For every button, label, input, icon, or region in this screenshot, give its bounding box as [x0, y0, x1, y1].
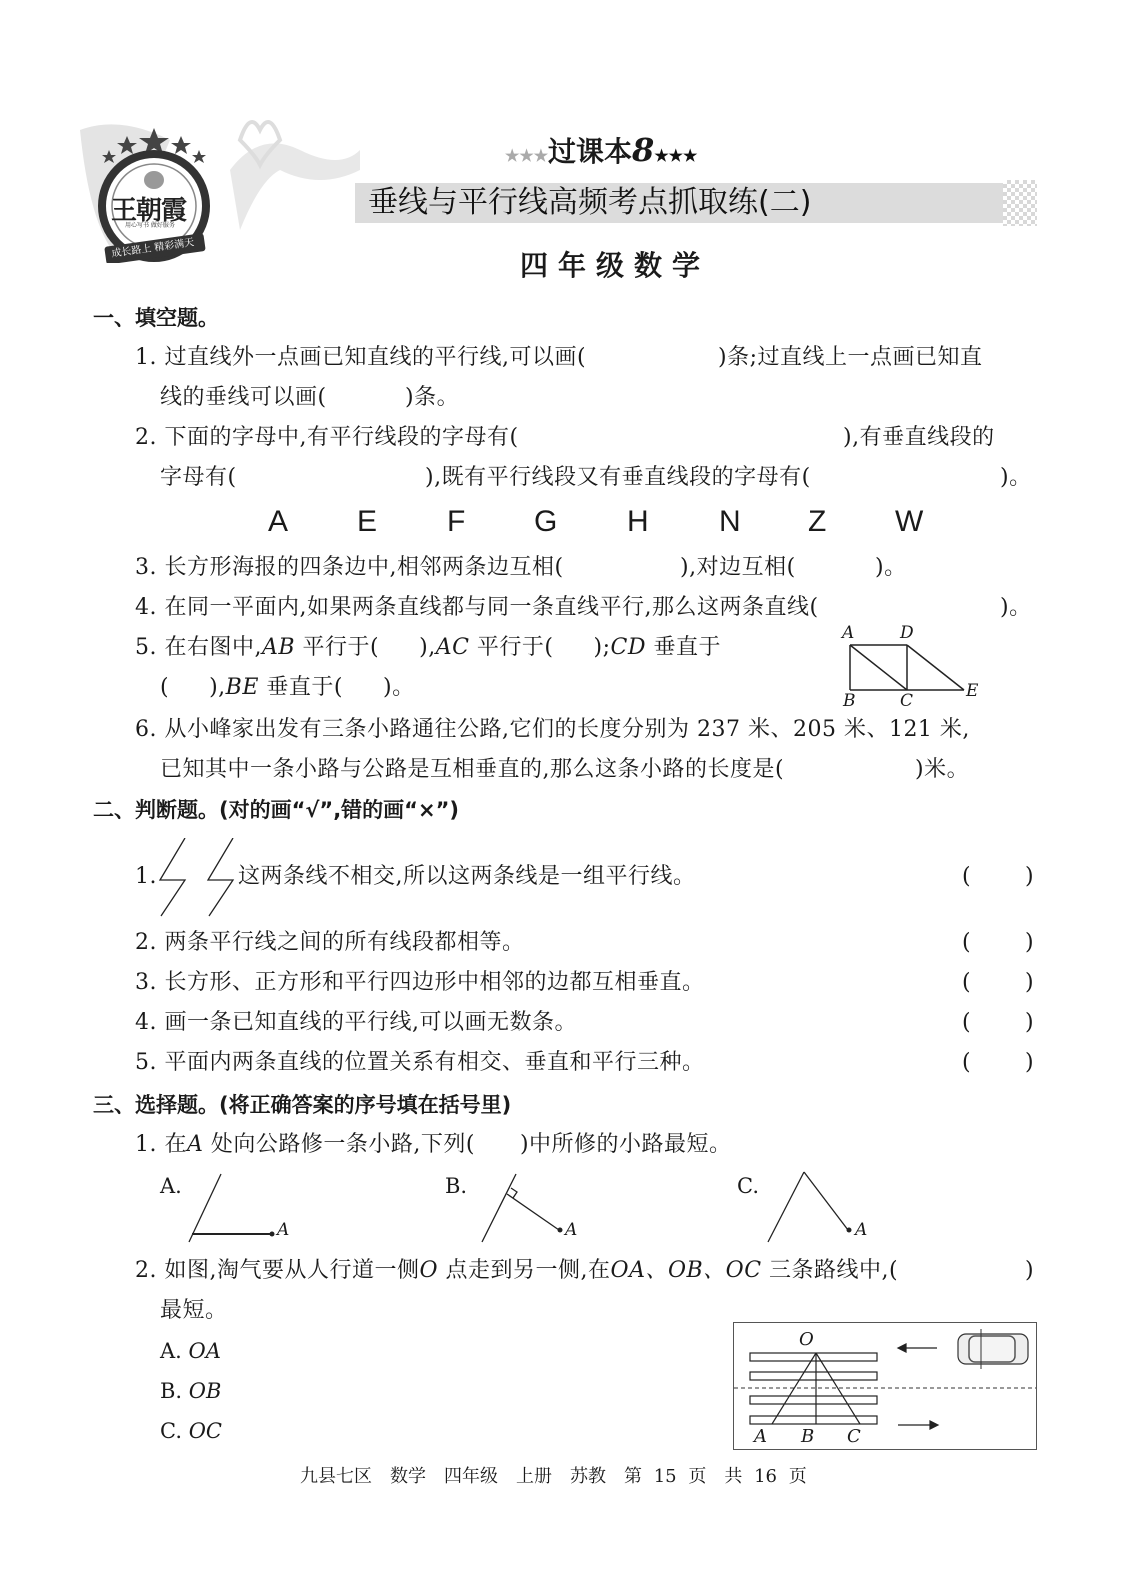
q2-line1b: ),有垂直线段的: [843, 423, 995, 453]
letter: G: [534, 505, 557, 539]
section2-heading: 二、判断题。(对的画“√”,错的画“×”): [93, 795, 459, 825]
section1-heading: 一、填空题。: [93, 303, 219, 333]
label-d: D: [900, 623, 914, 643]
brand-logo: 王朝霞 用心写书 做好服务 成长路上 精彩满天: [97, 128, 212, 263]
page-footer: 九县七区 数学 四年级 上册 苏教 第 15 页 共 16 页: [300, 1465, 807, 1489]
point-a-label: A: [855, 1220, 867, 1240]
q2-line2c: )。: [1000, 463, 1032, 493]
q4-part-b: )。: [1000, 593, 1032, 623]
q6-line2a: 已知其中一条小路与公路是互相垂直的,那么这条小路的长度是(: [160, 755, 784, 785]
tf-answer-open: (: [962, 1008, 971, 1038]
stars-left-icon: ★★★: [505, 146, 548, 165]
tf-item-1-num: 1.: [135, 862, 157, 892]
letter: N: [719, 505, 741, 539]
zigzag-lines-figure: [155, 838, 240, 918]
stars-right-icon: ★★★: [654, 146, 697, 165]
q5-line1: 5. 在右图中,AB 平行于(),AC 平行于();CD 垂直于: [135, 633, 721, 663]
q2-line1a: 2. 下面的字母中,有平行线段的字母有(: [135, 423, 519, 453]
q2-line2b: ),既有平行线段又有垂直线段的字母有(: [425, 463, 811, 493]
label-o: O: [799, 1329, 814, 1350]
q4-part-a: 4. 在同一平面内,如果两条直线都与同一条直线平行,那么这两条直线(: [135, 593, 819, 623]
point-a-label: A: [565, 1220, 577, 1240]
q1-line1b: )条;过直线上一点画已知直: [718, 343, 983, 373]
tf-answer-close: ): [1025, 1048, 1034, 1078]
q3-part-c: )。: [875, 553, 907, 583]
mc-q2-option-c: C. OC: [160, 1417, 222, 1445]
q5-figure: A D B C E: [838, 625, 988, 715]
page-subtitle: 四年级数学: [520, 248, 710, 284]
logo-motto: 用心写书 做好服务: [125, 220, 175, 229]
mc-q2-close-paren: ): [1025, 1256, 1034, 1286]
mc-q1-option-b-label: B.: [445, 1172, 467, 1200]
letter: A: [268, 505, 288, 539]
tf-item-1-text: 这两条线不相交,所以这两条线是一组平行线。: [238, 862, 696, 892]
tf-answer-close: ): [1025, 928, 1034, 958]
label-e: E: [966, 681, 978, 701]
tf-item-3: 3. 长方形、正方形和平行四边形中相邻的边都互相垂直。: [135, 968, 705, 998]
tf-item-5: 5. 平面内两条直线的位置关系有相交、垂直和平行三种。: [135, 1048, 705, 1078]
q2-line2a: 字母有(: [160, 463, 237, 493]
mc-q1-option-a-figure: A: [185, 1172, 305, 1247]
label-a: A: [754, 1426, 767, 1447]
crosswalk-figure: O A B C: [733, 1322, 1037, 1450]
label-a: A: [842, 623, 854, 643]
label-b: B: [801, 1426, 814, 1447]
letter: H: [627, 505, 649, 539]
q1-line1a: 1. 过直线外一点画已知直线的平行线,可以画(: [135, 343, 586, 373]
q6-line1: 6. 从小峰家出发有三条小路通往公路,它们的长度分别为 237 米、205 米、…: [135, 715, 970, 745]
tf-answer-open: (: [962, 1048, 971, 1078]
label-c: C: [900, 691, 913, 711]
tf-answer-close: ): [1025, 1008, 1034, 1038]
mc-q2-option-a: A. OA: [160, 1337, 221, 1365]
tf-answer-open: (: [962, 862, 971, 892]
mc-q2-line1: 2. 如图,淘气要从人行道一侧O 点走到另一侧,在OA、OB、OC 三条路线中,…: [135, 1256, 898, 1286]
q1-line2b: )条。: [405, 383, 459, 413]
car-icon: [958, 1329, 1028, 1369]
letter: E: [357, 505, 377, 539]
mc-q2-option-b: B. OB: [160, 1377, 221, 1405]
mc-q1-option-c-label: C.: [737, 1172, 759, 1200]
letter: Z: [808, 505, 826, 539]
tf-answer-close: ): [1025, 968, 1034, 998]
q5-line2: (),BE 垂直于()。: [160, 673, 415, 703]
q1-line2a: 线的垂线可以画(: [160, 383, 327, 413]
q3-part-a: 3. 长方形海报的四条边中,相邻两条边互相(: [135, 553, 564, 583]
checker-pattern-icon: [1003, 180, 1037, 226]
tf-item-4: 4. 画一条已知直线的平行线,可以画无数条。: [135, 1008, 577, 1038]
q6-line2b: )米。: [915, 755, 969, 785]
zigzag-lines-icon: [155, 838, 240, 918]
label-c: C: [847, 1426, 861, 1447]
crosswalk-road-icon: [734, 1323, 1036, 1449]
tf-item-2: 2. 两条平行线之间的所有线段都相等。: [135, 928, 525, 958]
kicker-label: ★★★过课本8★★★: [505, 133, 697, 173]
point-a-label: A: [277, 1220, 289, 1240]
page-title: 垂线与平行线高频考点抓取练(二): [368, 183, 811, 223]
mc-q1-line: 1. 在A 处向公路修一条小路,下列()中所修的小路最短。: [135, 1130, 732, 1160]
section3-heading: 三、选择题。(将正确答案的序号填在括号里): [93, 1090, 511, 1120]
tf-answer-open: (: [962, 968, 971, 998]
letter: W: [895, 505, 923, 539]
tf-answer-open: (: [962, 928, 971, 958]
mc-q1-option-a-label: A.: [160, 1172, 182, 1200]
label-b: B: [843, 691, 856, 711]
letter: F: [447, 505, 465, 539]
q3-part-b: ),对边互相(: [680, 553, 796, 583]
mc-q1-option-b-figure: A: [470, 1172, 590, 1247]
mc-q1-option-c-figure: A: [760, 1168, 880, 1248]
mc-q2-line2: 最短。: [160, 1296, 228, 1326]
tf-answer-close: ): [1025, 862, 1034, 892]
